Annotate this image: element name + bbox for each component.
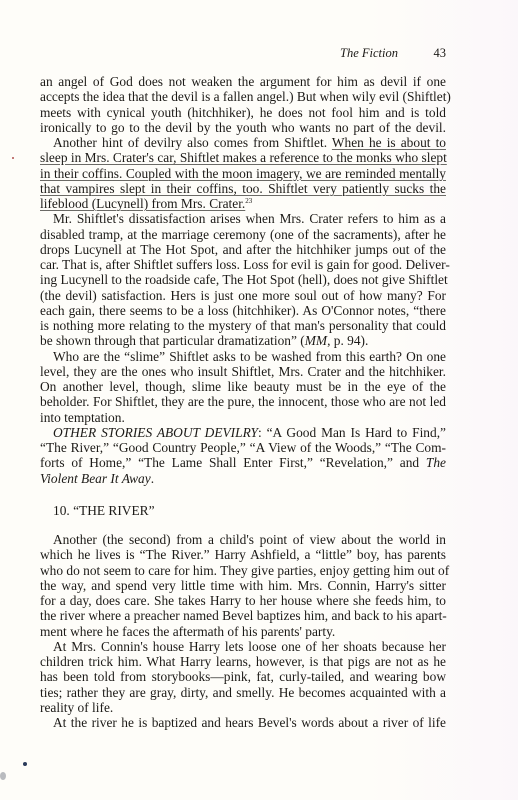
text-line: OTHER STORIES ABOUT DEVILRY: “A Good Man… (40, 425, 446, 440)
text-line: level, they are the ones who insult Shif… (40, 364, 446, 379)
underlined-line: that vampires slept in their coffins, to… (40, 181, 446, 196)
running-head: The Fiction 43 (340, 46, 446, 61)
section-heading: 10. “THE RIVER” (40, 503, 446, 518)
underlined-text: When he is about to (332, 135, 446, 150)
paragraph-connin-house: At Mrs. Connin's house Harry lets loose … (40, 639, 446, 715)
body-text: an angel of God does not weaken the argu… (40, 74, 446, 730)
underlined-line: sleep in Mrs. Crater's car, Shiftlet mak… (40, 150, 446, 165)
footnote-marker: 23 (245, 197, 252, 205)
text-line: At the river he is baptized and hears Be… (40, 715, 446, 730)
book-title: Violent Bear It Away (40, 471, 151, 486)
paragraph-devilry-hint: Another hint of devilry also comes from … (40, 135, 446, 211)
text-line: each gain, there seems to be a loss (hit… (40, 303, 446, 318)
text-line: the river where a preacher named Bevel b… (40, 608, 446, 623)
text-line: be shown through that particular dramati… (40, 333, 446, 348)
text-line: lifeblood (Lucynell) from Mrs. Crater.23 (40, 196, 446, 211)
text-line: Another hint of devilry also comes from … (40, 135, 446, 150)
text-line: Violent Bear It Away. (40, 471, 446, 486)
text-line: meets with cynical youth (hitchhiker), h… (40, 105, 446, 120)
underlined-text: lifeblood (Lucynell) from Mrs. Crater. (40, 196, 245, 211)
text-line: Who are the “slime” Shiftlet asks to be … (40, 349, 446, 364)
text-line: ing Lucynell to the roadside cafe, The H… (40, 272, 446, 287)
underlined-line: in their coffins. Coupled with the moon … (40, 166, 446, 181)
text-line: has been told from storybooks—pink, fat,… (40, 669, 446, 684)
text-line: the way, and spend very little time with… (40, 578, 446, 593)
text-line: for a day, does care. She takes Harry to… (40, 593, 446, 608)
text-line: is nothing more relating to the mystery … (40, 318, 446, 333)
running-head-title: The Fiction (340, 46, 398, 61)
text-line: an angel of God does not weaken the argu… (40, 74, 446, 89)
ink-speck (12, 157, 14, 159)
text-line: disabled tramp, at the marriage ceremony… (40, 227, 446, 242)
text-line: reality of life. (40, 700, 446, 715)
ink-speck (0, 772, 6, 780)
page-number: 43 (434, 46, 447, 61)
text-line: car. That is, after Shiftlet suffers los… (40, 257, 446, 272)
paragraph-river-baptism: At the river he is baptized and hears Be… (40, 715, 446, 730)
paragraph-other-stories: OTHER STORIES ABOUT DEVILRY: “A Good Man… (40, 425, 446, 486)
text-line: (the devil) satisfaction. Hers is just o… (40, 288, 446, 303)
text-line: beholder. For Shiftlet, they are the pur… (40, 394, 446, 409)
text-line: On another level, though, slime like bea… (40, 379, 446, 394)
text-line: “The River,” “Good Country People,” “A V… (40, 440, 446, 455)
text-line: Mr. Shiftlet's dissatisfaction arises wh… (40, 211, 446, 226)
paragraph-river-intro: Another (the second) from a child's poin… (40, 532, 446, 639)
text-line: At Mrs. Connin's house Harry lets loose … (40, 639, 446, 654)
text-line: into temptation. (40, 410, 446, 425)
text-line: drops Lucynell at The Hot Spot, and afte… (40, 242, 446, 257)
text-line: forts of Home,” “The Lame Shall Enter Fi… (40, 455, 446, 470)
text-line: Another (the second) from a child's poin… (40, 532, 446, 547)
text-line: ironically to go to the devil by the you… (40, 120, 446, 135)
text-line: ment where he faces the aftermath of his… (40, 624, 446, 639)
other-stories-label: OTHER STORIES ABOUT DEVILRY (53, 425, 258, 440)
text-line: which he lives is “The River.” Harry Ash… (40, 547, 446, 562)
text-line: children trick him. What Harry learns, h… (40, 654, 446, 669)
text-line: accepts the idea that the devil is a fal… (40, 89, 446, 104)
citation-abbrev: MM (305, 333, 327, 348)
paragraph-continuation: an angel of God does not weaken the argu… (40, 74, 446, 135)
ink-speck (23, 762, 27, 766)
text-line: ties; rather they are gray, dirty, and s… (40, 685, 446, 700)
paragraph-dissatisfaction: Mr. Shiftlet's dissatisfaction arises wh… (40, 211, 446, 348)
paragraph-slime: Who are the “slime” Shiftlet asks to be … (40, 349, 446, 425)
text-line: who do not seem to care for him. They gi… (40, 563, 446, 578)
